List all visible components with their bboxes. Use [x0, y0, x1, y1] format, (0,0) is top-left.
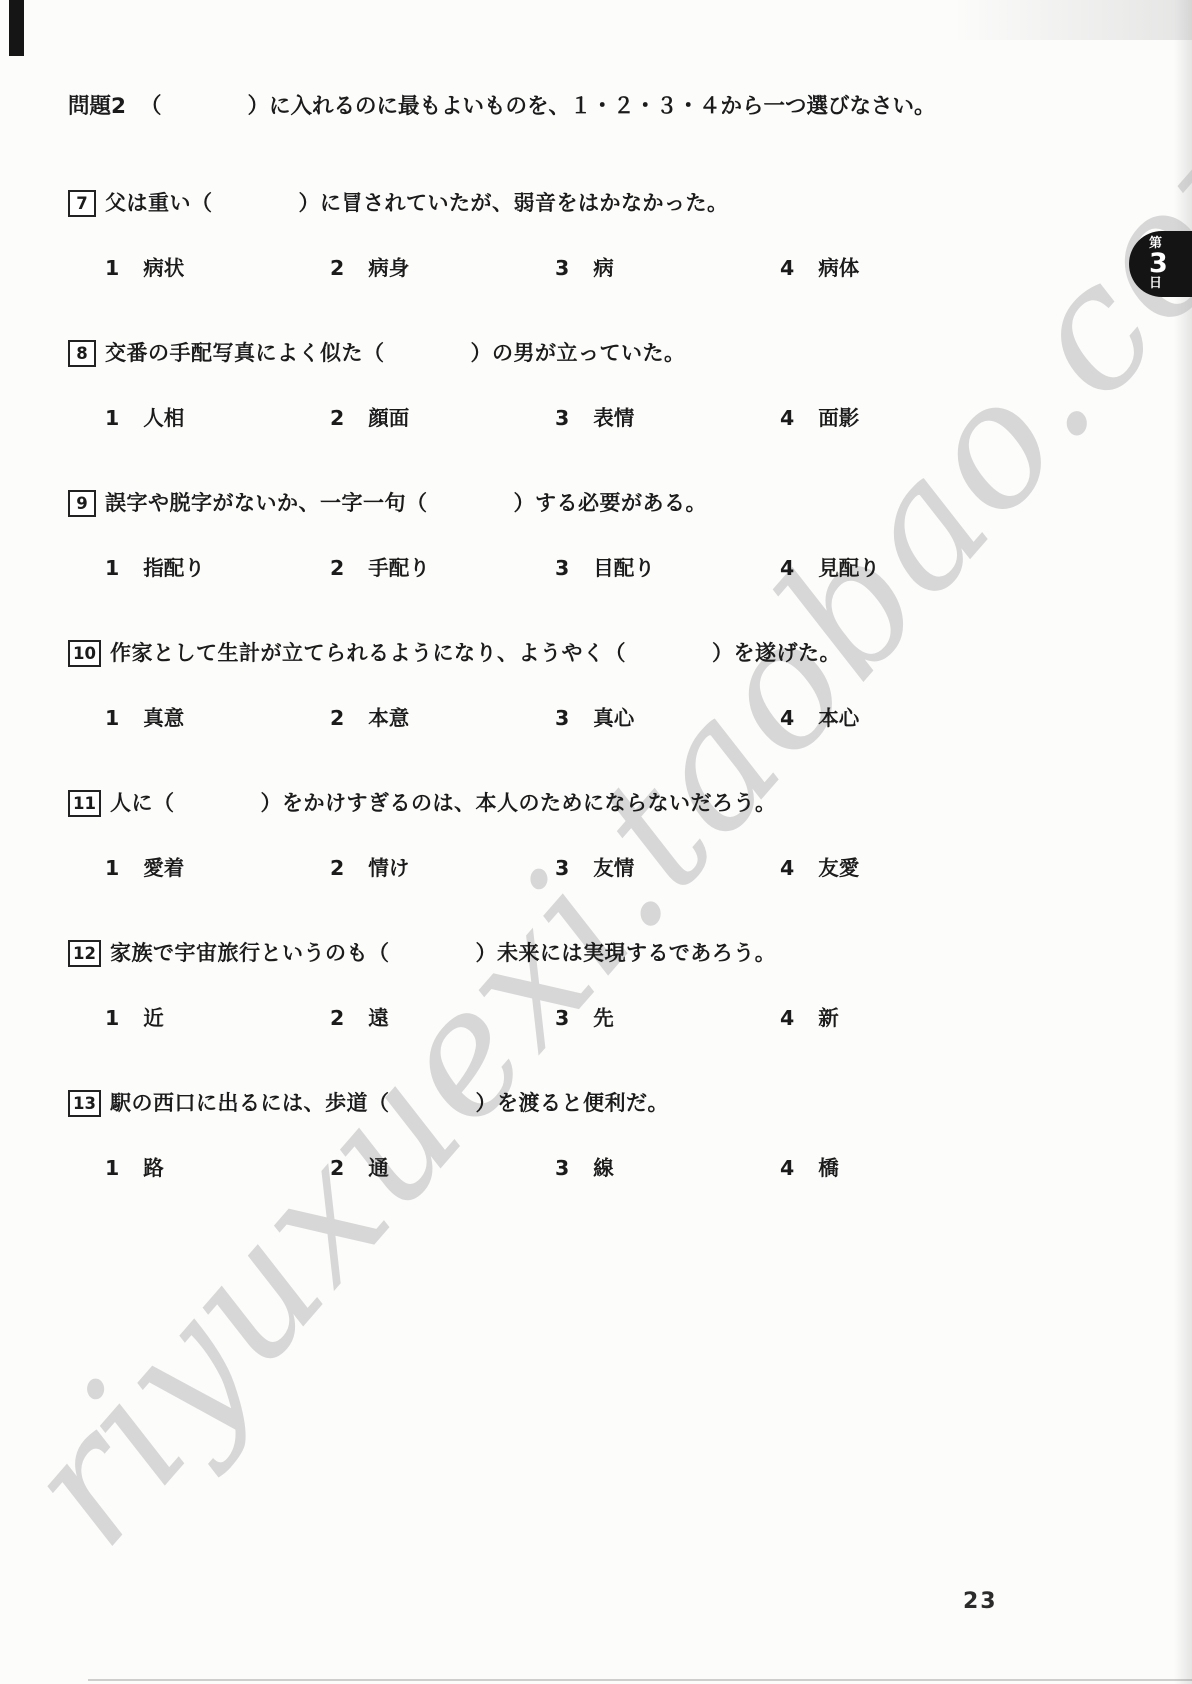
option-label: 真心 — [593, 704, 634, 732]
option-1: 1愛着 — [105, 854, 330, 882]
option-number: 2 — [330, 854, 344, 882]
option-3: 3病 — [555, 254, 780, 282]
option-3: 3真心 — [555, 704, 780, 732]
option-label: 友情 — [593, 854, 634, 882]
question-stem-row: 12 家族で宇宙旅行というのも（ ）未来には実現するであろう。 — [68, 938, 1012, 968]
question-8: 8 交番の手配写真によく似た（ ）の男が立っていた。 1人相 2顔面 3表情 4… — [68, 338, 1012, 432]
day-tab-number: 3 — [1149, 251, 1168, 277]
question-stem: 作家として生計が立てられるようになり、ようやく（ ）を遂げた。 — [110, 638, 841, 668]
option-label: 橋 — [818, 1154, 839, 1182]
option-number: 1 — [105, 404, 119, 432]
option-number: 4 — [780, 254, 794, 282]
question-12: 12 家族で宇宙旅行というのも（ ）未来には実現するであろう。 1近 2遠 3先… — [68, 938, 1012, 1032]
question-stem-row: 10 作家として生計が立てられるようになり、ようやく（ ）を遂げた。 — [68, 638, 1012, 668]
day-3-tab: 第 3 日 — [1129, 231, 1192, 297]
option-number: 3 — [555, 1004, 569, 1032]
option-label: 通 — [368, 1154, 389, 1182]
option-label: 病 — [593, 254, 614, 282]
question-number-box: 7 — [68, 190, 96, 217]
option-number: 2 — [330, 404, 344, 432]
option-2: 2本意 — [330, 704, 555, 732]
option-label: 真意 — [143, 704, 184, 732]
option-3: 3線 — [555, 1154, 780, 1182]
question-stem-row: 11 人に（ ）をかけすぎるのは、本人のためにならないだろう。 — [68, 788, 1012, 818]
option-2: 2病身 — [330, 254, 555, 282]
option-4: 4橋 — [780, 1154, 1006, 1182]
option-label: 先 — [593, 1004, 614, 1032]
option-label: 面影 — [818, 404, 859, 432]
option-number: 2 — [330, 1004, 344, 1032]
option-2: 2遠 — [330, 1004, 555, 1032]
option-label: 表情 — [593, 404, 634, 432]
scanned-test-page: riyuxuexi.taobao.com 第 3 日 問題2 （ ）に入れるのに… — [0, 0, 1192, 1684]
option-label: 情け — [368, 854, 409, 882]
scan-shading-top-right — [952, 0, 1192, 40]
question-number-box: 13 — [68, 1090, 101, 1117]
option-4: 4本心 — [780, 704, 1006, 732]
option-4: 4友愛 — [780, 854, 1006, 882]
question-stem-row: 9 誤字や脱字がないか、一字一句（ ）する必要がある。 — [68, 488, 1012, 518]
option-4: 4面影 — [780, 404, 1006, 432]
option-4: 4病体 — [780, 254, 1006, 282]
option-label: 見配り — [818, 554, 880, 582]
option-number: 3 — [555, 404, 569, 432]
option-3: 3先 — [555, 1004, 780, 1032]
question-stem: 人に（ ）をかけすぎるのは、本人のためにならないだろう。 — [110, 788, 777, 818]
option-2: 2顔面 — [330, 404, 555, 432]
problem-label: 問題2 — [68, 92, 126, 122]
options-row: 1病状 2病身 3病 4病体 — [105, 254, 1012, 282]
option-label: 病状 — [143, 254, 184, 282]
option-number: 4 — [780, 554, 794, 582]
option-number: 3 — [555, 854, 569, 882]
option-label: 遠 — [368, 1004, 389, 1032]
option-number: 1 — [105, 854, 119, 882]
option-number: 4 — [780, 1154, 794, 1182]
question-9: 9 誤字や脱字がないか、一字一句（ ）する必要がある。 1指配り 2手配り 3目… — [68, 488, 1012, 582]
option-label: 目配り — [593, 554, 655, 582]
option-number: 4 — [780, 854, 794, 882]
page-content: 問題2 （ ）に入れるのに最もよいものを、１・２・３・４から一つ選びなさい。 7… — [68, 92, 1012, 1238]
option-number: 1 — [105, 704, 119, 732]
option-number: 2 — [330, 704, 344, 732]
option-label: 病体 — [818, 254, 859, 282]
question-stem: 父は重い（ ）に冒されていたが、弱音をはかなかった。 — [105, 188, 729, 218]
option-label: 手配り — [368, 554, 430, 582]
option-1: 1病状 — [105, 254, 330, 282]
question-7: 7 父は重い（ ）に冒されていたが、弱音をはかなかった。 1病状 2病身 3病 … — [68, 188, 1012, 282]
option-3: 3目配り — [555, 554, 780, 582]
option-number: 2 — [330, 1154, 344, 1182]
option-1: 1人相 — [105, 404, 330, 432]
option-label: 路 — [143, 1154, 164, 1182]
question-number-box: 8 — [68, 340, 96, 367]
option-1: 1真意 — [105, 704, 330, 732]
option-1: 1指配り — [105, 554, 330, 582]
question-stem-row: 13 駅の西口に出るには、歩道（ ）を渡ると便利だ。 — [68, 1088, 1012, 1118]
option-number: 1 — [105, 254, 119, 282]
option-1: 1路 — [105, 1154, 330, 1182]
question-10: 10 作家として生計が立てられるようになり、ようやく（ ）を遂げた。 1真意 2… — [68, 638, 1012, 732]
question-number-box: 12 — [68, 940, 101, 967]
option-number: 3 — [555, 554, 569, 582]
section-header: 問題2 （ ）に入れるのに最もよいものを、１・２・３・４から一つ選びなさい。 — [68, 92, 1012, 122]
option-label: 新 — [818, 1004, 839, 1032]
options-row: 1路 2通 3線 4橋 — [105, 1154, 1012, 1182]
option-4: 4新 — [780, 1004, 1006, 1032]
page-number: 23 — [963, 1589, 998, 1614]
question-number-box: 11 — [68, 790, 101, 817]
option-number: 4 — [780, 704, 794, 732]
question-stem-row: 7 父は重い（ ）に冒されていたが、弱音をはかなかった。 — [68, 188, 1012, 218]
question-11: 11 人に（ ）をかけすぎるのは、本人のためにならないだろう。 1愛着 2情け … — [68, 788, 1012, 882]
scan-corner-mark — [9, 0, 24, 56]
option-number: 1 — [105, 554, 119, 582]
option-3: 3表情 — [555, 404, 780, 432]
day-tab-suffix: 日 — [1149, 277, 1162, 291]
question-stem: 駅の西口に出るには、歩道（ ）を渡ると便利だ。 — [110, 1088, 669, 1118]
question-number-box: 10 — [68, 640, 101, 667]
question-13: 13 駅の西口に出るには、歩道（ ）を渡ると便利だ。 1路 2通 3線 4橋 — [68, 1088, 1012, 1182]
options-row: 1真意 2本意 3真心 4本心 — [105, 704, 1012, 732]
option-label: 友愛 — [818, 854, 859, 882]
option-number: 4 — [780, 1004, 794, 1032]
question-stem: 交番の手配写真によく似た（ ）の男が立っていた。 — [105, 338, 686, 368]
option-number: 3 — [555, 704, 569, 732]
option-3: 3友情 — [555, 854, 780, 882]
question-stem: 誤字や脱字がないか、一字一句（ ）する必要がある。 — [105, 488, 707, 518]
options-row: 1近 2遠 3先 4新 — [105, 1004, 1012, 1032]
option-number: 4 — [780, 404, 794, 432]
option-number: 2 — [330, 554, 344, 582]
option-label: 指配り — [143, 554, 205, 582]
option-2: 2情け — [330, 854, 555, 882]
question-stem-row: 8 交番の手配写真によく似た（ ）の男が立っていた。 — [68, 338, 1012, 368]
option-number: 1 — [105, 1004, 119, 1032]
option-label: 本心 — [818, 704, 859, 732]
option-2: 2通 — [330, 1154, 555, 1182]
option-label: 近 — [143, 1004, 164, 1032]
option-number: 1 — [105, 1154, 119, 1182]
option-label: 人相 — [143, 404, 184, 432]
option-number: 3 — [555, 254, 569, 282]
option-4: 4見配り — [780, 554, 1006, 582]
option-label: 愛着 — [143, 854, 184, 882]
question-stem: 家族で宇宙旅行というのも（ ）未来には実現するであろう。 — [110, 938, 776, 968]
options-row: 1指配り 2手配り 3目配り 4見配り — [105, 554, 1012, 582]
problem-instruction: （ ）に入れるのに最もよいものを、１・２・３・４から一つ選びなさい。 — [140, 92, 936, 122]
options-row: 1人相 2顔面 3表情 4面影 — [105, 404, 1012, 432]
option-2: 2手配り — [330, 554, 555, 582]
option-label: 線 — [593, 1154, 614, 1182]
option-number: 2 — [330, 254, 344, 282]
option-label: 本意 — [368, 704, 409, 732]
options-row: 1愛着 2情け 3友情 4友愛 — [105, 854, 1012, 882]
option-label: 顔面 — [368, 404, 409, 432]
question-number-box: 9 — [68, 490, 96, 517]
option-1: 1近 — [105, 1004, 330, 1032]
option-number: 3 — [555, 1154, 569, 1182]
option-label: 病身 — [368, 254, 409, 282]
scan-bottom-edge-line — [88, 1679, 1192, 1681]
